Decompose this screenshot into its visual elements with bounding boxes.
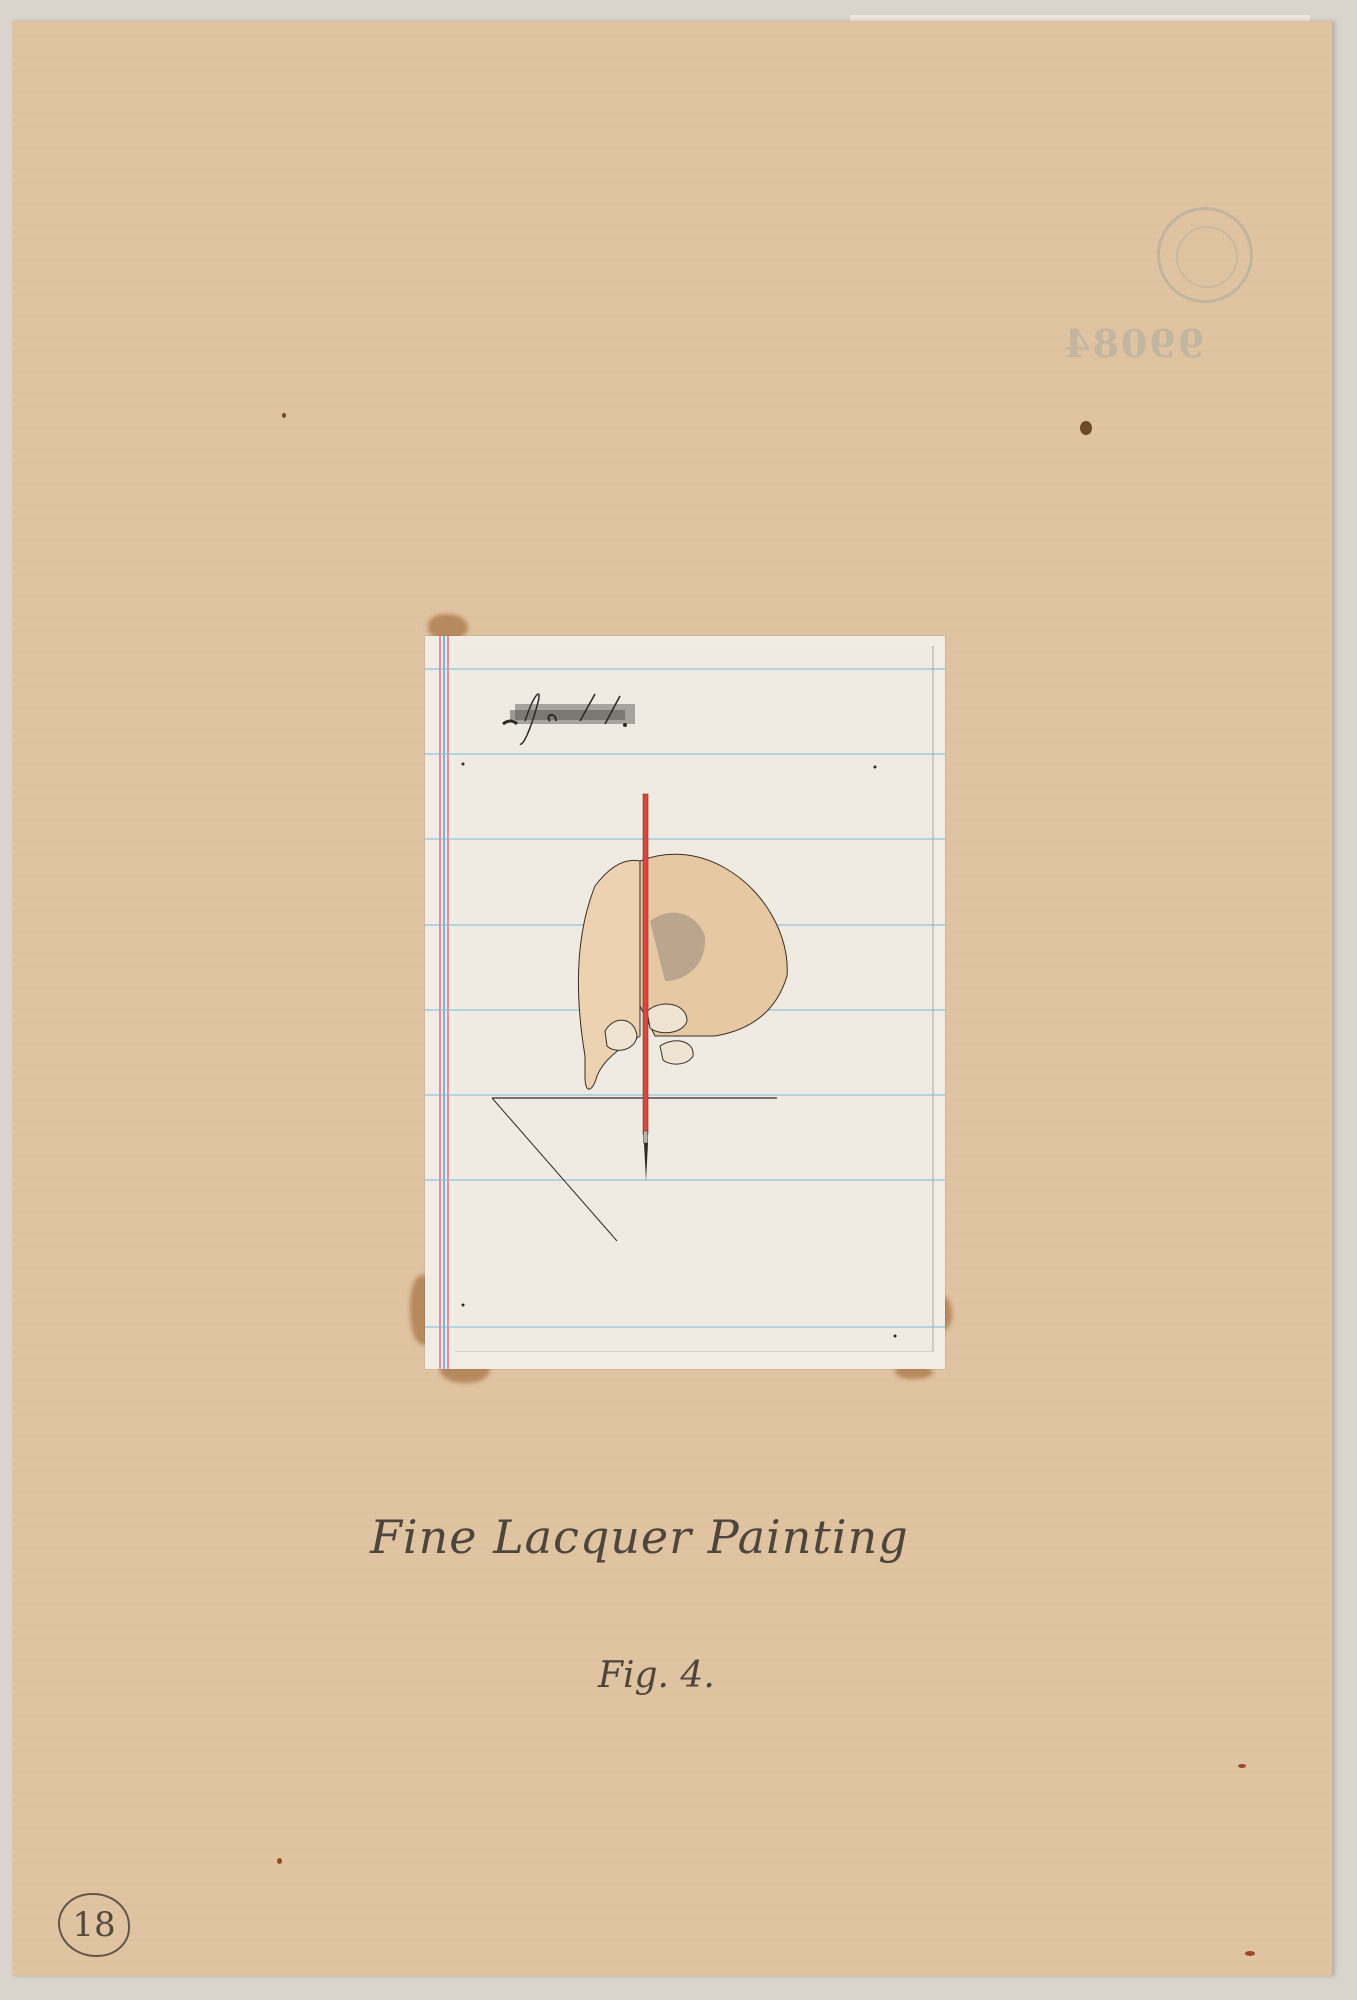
paper-spot bbox=[1080, 421, 1092, 435]
accession-number-offset: 99084 bbox=[1062, 321, 1204, 366]
caption-title: Fine Lacquer Painting bbox=[370, 1510, 970, 1564]
paper-spot bbox=[282, 413, 286, 418]
drawing-card bbox=[425, 636, 945, 1369]
paper-spot bbox=[1245, 1951, 1255, 1956]
hand-icon bbox=[578, 854, 787, 1089]
caption-figure-number: Fig. 4. bbox=[598, 1655, 715, 1696]
brush-icon bbox=[643, 794, 648, 1181]
paper-spot bbox=[1238, 1764, 1246, 1768]
hand-brush-illustration bbox=[425, 636, 945, 1369]
paper-spot bbox=[277, 1858, 282, 1864]
collection-stamp-icon bbox=[1157, 207, 1253, 303]
page-number-badge: 18 bbox=[58, 1893, 130, 1957]
